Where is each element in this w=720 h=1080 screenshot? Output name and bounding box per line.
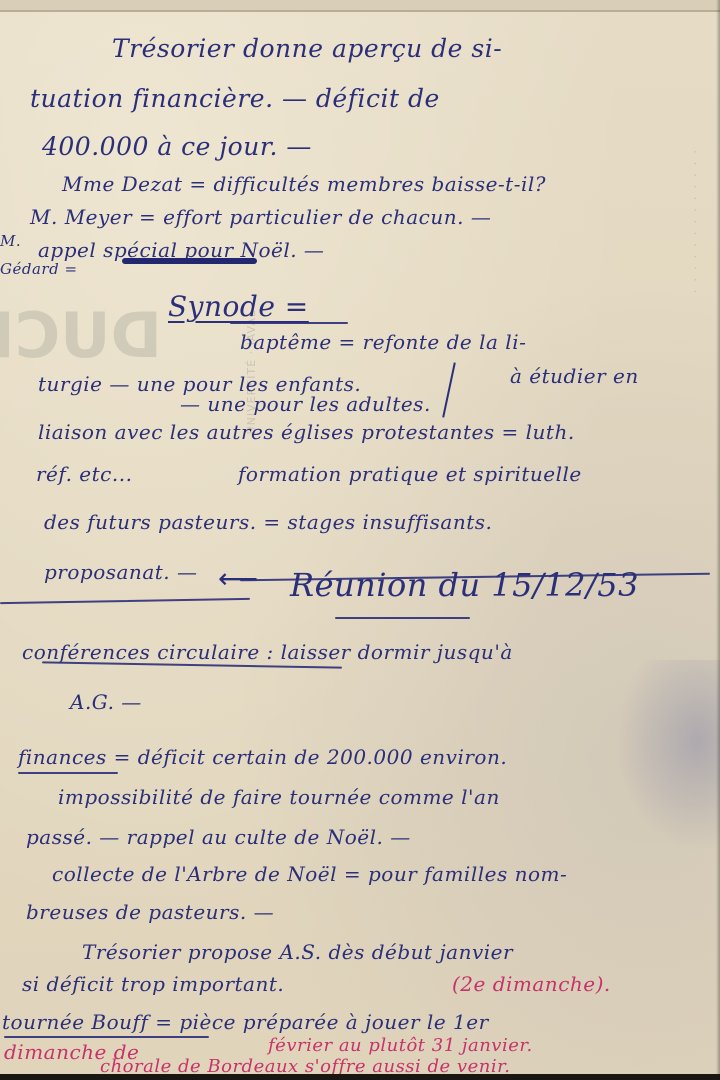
divider-rule: [0, 598, 250, 604]
handwritten-line: baptême = refonte de la li-: [240, 330, 526, 354]
document-page: DUCRE UNIVERSITÉ · JAVAL · · · · · · · ·…: [0, 0, 720, 1080]
bleed-through-right-print: · · · · · · · · · · · · ·: [688, 150, 702, 295]
handwritten-line: proposanat. —: [44, 560, 198, 584]
margin-note: M.: [0, 232, 21, 250]
handwritten-line: — une pour les adultes.: [180, 392, 431, 416]
section-heading-synode: Synode =: [168, 290, 309, 323]
handwritten-line: tournée Bouff = pièce préparée à jouer l…: [2, 1010, 489, 1034]
handwritten-line: breuses de pasteurs. —: [26, 900, 274, 924]
underline-rule: [4, 1036, 209, 1038]
handwritten-line: à étudier en: [510, 364, 639, 388]
handwritten-line: des futurs pasteurs. = stages insuffisan…: [44, 510, 492, 534]
handwritten-line: collecte de l'Arbre de Noël = pour famil…: [52, 862, 567, 886]
handwritten-line: Trésorier propose A.S. dès début janvier: [82, 940, 513, 964]
handwritten-line: formation pratique et spirituelle: [238, 462, 582, 486]
handwritten-line: si déficit trop important.: [22, 972, 284, 996]
handwritten-line: finances = déficit certain de 200.000 en…: [18, 745, 507, 769]
handwritten-line: Mme Dezat = difficultés membres baisse-t…: [62, 172, 546, 196]
handwritten-line: conférences circulaire : laisser dormir …: [22, 640, 513, 664]
bleed-through-print: DUCRE: [92, 300, 162, 372]
handwritten-line: liaison avec les autres églises protesta…: [38, 420, 575, 444]
underline-rule: [335, 617, 470, 619]
margin-note: Gédard =: [0, 260, 78, 278]
meeting-title: Réunion du 15/12/53: [290, 566, 639, 604]
red-annotation: (2e dimanche).: [452, 972, 611, 996]
red-annotation: février au plutôt 31 janvier.: [268, 1035, 533, 1056]
bracket-divider: [442, 362, 456, 417]
ink-smudge: [610, 660, 720, 860]
page-top-edge: [0, 0, 720, 12]
handwritten-line: réf. etc...: [36, 462, 132, 486]
handwritten-line: tuation financière. — déficit de: [30, 84, 440, 113]
underline-rule: [230, 322, 348, 324]
handwritten-line: A.G. —: [70, 690, 142, 714]
strikethrough-mark: [122, 258, 257, 264]
page-right-edge: [716, 0, 720, 1080]
handwritten-line: passé. — rappel au culte de Noël. —: [26, 825, 411, 849]
underline-rule: [18, 772, 118, 774]
handwritten-line: M. Meyer = effort particulier de chacun.…: [30, 205, 491, 229]
handwritten-line: Trésorier donne aperçu de si-: [112, 34, 502, 63]
page-bottom-edge: [0, 1074, 720, 1080]
handwritten-line: impossibilité de faire tournée comme l'a…: [58, 785, 500, 809]
handwritten-line: 400.000 à ce jour. —: [42, 132, 312, 161]
